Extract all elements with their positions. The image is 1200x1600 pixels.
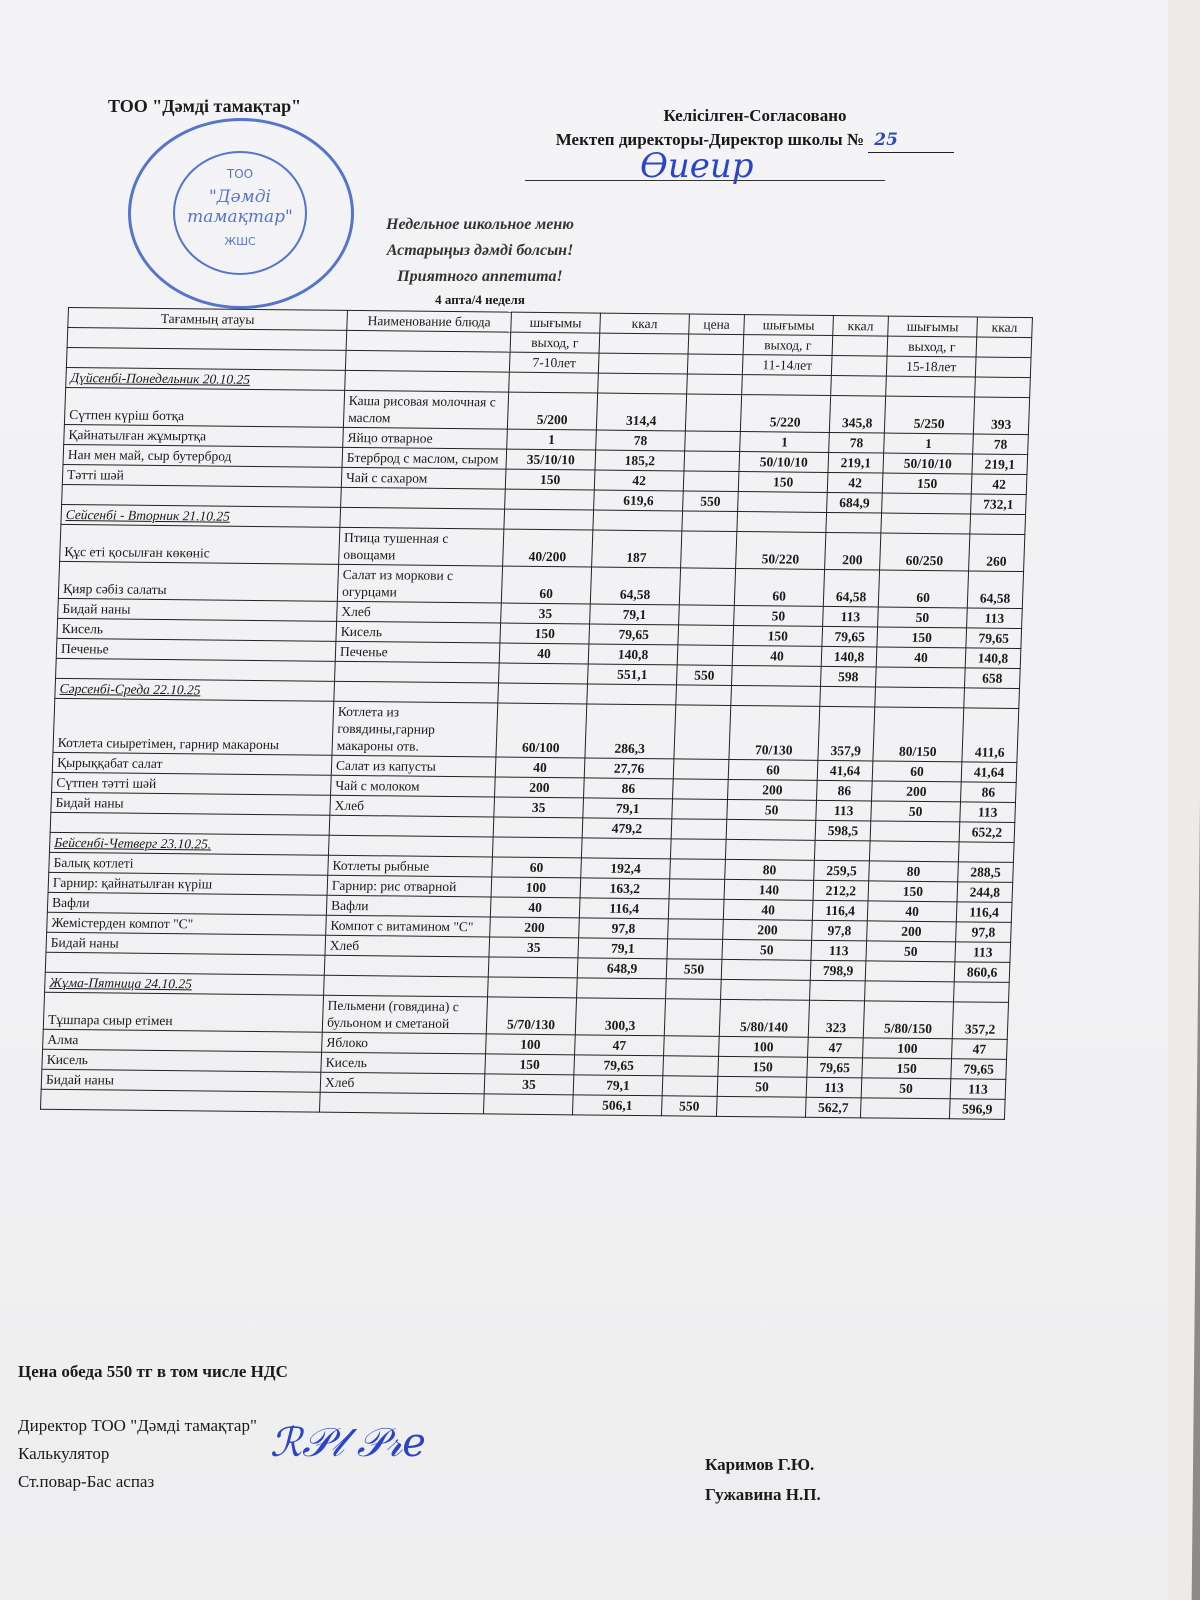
- kcal-7-10: 79,1: [578, 938, 668, 959]
- cell: [488, 957, 578, 978]
- kcal-15-18: 219,1: [972, 454, 1028, 475]
- cell: [831, 356, 887, 377]
- yield-15-18: 5/250: [884, 396, 974, 434]
- kcal-7-10: 286,3: [585, 704, 676, 759]
- cell: [975, 377, 1031, 398]
- menu-title: Недельное школьное меню: [330, 212, 630, 238]
- menu-document: ТОО "Дәмді тамақтар" ТОО "Дәмдітамақтар"…: [0, 0, 1168, 1600]
- kcal-7-10: 300,3: [575, 998, 665, 1036]
- kcal-15-18: 113: [955, 942, 1011, 963]
- yield-15-18: 50: [878, 607, 968, 628]
- yield-7-10: 200: [490, 917, 580, 938]
- total-price: 550: [666, 959, 722, 980]
- kcal-7-10: 79,1: [573, 1075, 663, 1096]
- kcal-7-10: 79,1: [583, 798, 673, 819]
- price-cell: [664, 999, 720, 1037]
- yield-11-14: 70/130: [729, 705, 820, 760]
- cell: [598, 373, 688, 394]
- price-cell: [668, 919, 724, 940]
- menu-titles: Недельное школьное меню Астарыңыз дәмді …: [330, 212, 630, 290]
- cell: [340, 507, 505, 529]
- kcal-15-18: 244,8: [957, 882, 1013, 903]
- yield-unit: выход, г: [887, 336, 977, 357]
- yield-15-18: 150: [868, 881, 958, 902]
- total-kcal-15-18: 860,6: [954, 962, 1010, 983]
- yield-11-14: 50: [717, 1076, 807, 1097]
- price-cell: [684, 451, 740, 472]
- price-cell: [668, 899, 724, 920]
- yield-7-10: 40/200: [503, 529, 593, 567]
- role-calculator: Калькулятор: [18, 1440, 257, 1468]
- yield-11-14: 40: [732, 645, 822, 666]
- dish-name-ru: Кисель: [336, 621, 501, 643]
- price-header: цена: [689, 314, 745, 335]
- yield-7-10: 35: [489, 937, 579, 958]
- total-kcal-7-10: 506,1: [572, 1095, 662, 1116]
- cell: [725, 839, 815, 860]
- kcal-7-10: 27,76: [584, 758, 674, 779]
- greeting-ru: Приятного аппетита!: [330, 264, 630, 290]
- dish-name-ru: Салат из капусты: [331, 755, 496, 777]
- price-cell: [673, 779, 729, 800]
- yield-11-14: 5/220: [740, 395, 830, 433]
- yield-header: шығымы: [511, 312, 601, 333]
- total-kcal-15-18: 658: [964, 668, 1020, 689]
- cell: [865, 981, 955, 1002]
- yield-15-18: 150: [862, 1058, 952, 1079]
- kcal-11-14: 357,9: [818, 706, 875, 761]
- kcal-11-14: 113: [823, 606, 879, 627]
- kcal-11-14: 41,64: [817, 760, 873, 781]
- cell: [870, 821, 960, 842]
- kcal-15-18: 79,65: [966, 628, 1022, 649]
- yield-15-18: 5/80/150: [863, 1001, 953, 1039]
- total-kcal-7-10: 648,9: [577, 958, 667, 979]
- kcal-11-14: 116,4: [812, 900, 868, 921]
- kcal-15-18: 411,6: [962, 708, 1019, 763]
- kcal-15-18: 140,8: [965, 648, 1021, 669]
- total-kcal-11-14: 798,9: [810, 960, 866, 981]
- col-ru-header: Наименование блюда: [347, 310, 512, 332]
- kcal-11-14: 200: [825, 532, 881, 570]
- total-price: 550: [676, 665, 732, 686]
- cell: [335, 661, 500, 683]
- kcal-7-10: 187: [592, 530, 682, 568]
- dish-name-ru: Яблоко: [322, 1032, 487, 1054]
- cell: [319, 1092, 484, 1114]
- dish-name-ru: Хлеб: [320, 1072, 485, 1094]
- cell: [731, 665, 821, 686]
- yield-header: шығымы: [888, 316, 978, 337]
- kcal-15-18: 42: [971, 474, 1027, 495]
- kcal-11-14: 42: [827, 472, 883, 493]
- role-director: Директор ТОО "Дәмді тамақтар": [18, 1412, 257, 1440]
- price-cell: [681, 531, 737, 569]
- kcal-7-10: 79,65: [589, 624, 679, 645]
- cell: [328, 835, 493, 857]
- dish-name-ru: Хлеб: [325, 935, 490, 957]
- yield-11-14: 100: [719, 1036, 809, 1057]
- price-cell: [674, 705, 731, 760]
- kcal-15-18: 116,4: [956, 902, 1012, 923]
- cell: [341, 487, 506, 509]
- dish-name-kz: Қияр сәбіз салаты: [58, 561, 338, 601]
- kcal-15-18: 260: [969, 534, 1025, 572]
- total-price: 550: [661, 1096, 717, 1117]
- yield-7-10: 35/10/10: [506, 449, 596, 470]
- price-cell: [685, 431, 741, 452]
- cell: [593, 510, 683, 531]
- cell: [346, 330, 511, 352]
- price-cell: [678, 625, 734, 646]
- kcal-11-14: 97,8: [812, 920, 868, 941]
- kcal-15-18: 113: [967, 608, 1023, 629]
- dish-name-kz: Сүтпен күріш ботқа: [64, 387, 344, 427]
- cell: [345, 370, 510, 392]
- yield-11-14: 60: [728, 759, 818, 780]
- total-kcal-15-18: 596,9: [949, 1099, 1005, 1120]
- dish-name-kz: Құс еті қосылған көкөніс: [60, 524, 340, 564]
- school-number: 25: [868, 128, 954, 153]
- cell: [329, 815, 494, 837]
- cell: [964, 688, 1020, 709]
- age-group: 7-10лет: [509, 352, 599, 373]
- dish-name-ru: Компот с витамином "С": [326, 915, 491, 937]
- cell: [958, 842, 1014, 863]
- cell: [737, 512, 827, 533]
- yield-15-18: 50: [861, 1078, 951, 1099]
- cell: [324, 975, 489, 997]
- kcal-15-18: 86: [961, 782, 1017, 803]
- dish-name-ru: Яйцо отварное: [343, 427, 508, 449]
- dish-row: Котлета сиыретімен, гарнир макароныКотле…: [53, 698, 1019, 762]
- kcal-15-18: 113: [950, 1079, 1006, 1100]
- dish-name-ru: Салат из моркови с огурцами: [337, 564, 502, 603]
- dish-name-ru: Хлеб: [330, 795, 495, 817]
- cell: [483, 1094, 573, 1115]
- kcal-15-18: 78: [973, 434, 1029, 455]
- yield-7-10: 150: [485, 1054, 575, 1075]
- role-chef: Ст.повар-Бас аспаз: [18, 1468, 257, 1496]
- cell: [721, 979, 811, 1000]
- total-kcal-15-18: 732,1: [971, 494, 1027, 515]
- cell: [975, 357, 1031, 378]
- dish-name-kz: Тұшпара сиыр етімен: [43, 992, 323, 1032]
- greeting-kz: Астарыңыз дәмді болсын!: [330, 238, 630, 264]
- total-kcal-11-14: 598,5: [815, 820, 871, 841]
- cell: [738, 492, 828, 513]
- yield-7-10: 35: [484, 1074, 574, 1095]
- price-cell: [677, 645, 733, 666]
- yield-7-10: 200: [495, 777, 585, 798]
- cell: [687, 354, 743, 375]
- kcal-15-18: 393: [973, 397, 1029, 435]
- kcal-7-10: 47: [575, 1035, 665, 1056]
- yield-7-10: 60/100: [496, 703, 587, 758]
- cell: [687, 374, 743, 395]
- dish-name-ru: Хлеб: [337, 601, 502, 623]
- kcal-7-10: 192,4: [581, 858, 671, 879]
- cell: [40, 1089, 320, 1112]
- price-cell: [667, 939, 723, 960]
- cell: [509, 372, 599, 393]
- cell: [498, 683, 588, 704]
- cell: [581, 838, 671, 859]
- dish-name-ru: Птица тушенная с овощами: [339, 527, 504, 566]
- cell: [875, 687, 965, 708]
- yield-11-14: 80: [725, 859, 815, 880]
- price-cell: [662, 1076, 718, 1097]
- cell: [492, 837, 582, 858]
- kcal-7-10: 79,1: [590, 604, 680, 625]
- dish-name-kz: Котлета сиыретімен, гарнир макароны: [53, 698, 334, 755]
- yield-11-14: 200: [723, 919, 813, 940]
- kcal-7-10: 163,2: [580, 878, 670, 899]
- kcal-15-18: 79,65: [951, 1059, 1007, 1080]
- cell: [505, 489, 595, 510]
- yield-11-14: 200: [728, 779, 818, 800]
- cell: [493, 817, 583, 838]
- total-kcal-7-10: 551,1: [588, 664, 678, 685]
- yield-15-18: 60/250: [880, 533, 970, 571]
- cell: [345, 350, 510, 372]
- cell: [577, 978, 667, 999]
- dish-name-ru: Котлета из говядины,гарнир макароны отв.: [332, 701, 498, 757]
- cell: [881, 513, 971, 534]
- cell: [504, 509, 594, 530]
- cell: [742, 375, 832, 396]
- kcal-11-14: 345,8: [829, 395, 885, 433]
- cell: [488, 977, 578, 998]
- dish-name-ru: Котлеты рыбные: [328, 855, 493, 877]
- cell: [682, 511, 738, 532]
- cell: [670, 839, 726, 860]
- price-cell: [664, 1036, 720, 1057]
- yield-15-18: 150: [882, 473, 972, 494]
- yield-7-10: 5/70/130: [486, 997, 576, 1035]
- kcal-7-10: 140,8: [588, 644, 678, 665]
- yield-11-14: 50: [727, 799, 817, 820]
- dish-name-ru: Вафли: [326, 895, 491, 917]
- cell: [324, 955, 489, 977]
- kcal-7-10: 86: [584, 778, 674, 799]
- kcal-11-14: 47: [808, 1037, 864, 1058]
- total-kcal-11-14: 684,9: [827, 492, 883, 513]
- price-note: Цена обеда 550 тг в том числе НДС: [18, 1362, 288, 1382]
- dish-name-ru: Чай с сахаром: [341, 467, 506, 489]
- cell: [882, 493, 972, 514]
- yield-unit: выход, г: [743, 335, 833, 356]
- cell: [598, 353, 688, 374]
- yield-15-18: 80/150: [873, 707, 964, 762]
- kcal-7-10: 116,4: [579, 898, 669, 919]
- price-cell: [669, 879, 725, 900]
- yield-7-10: 1: [507, 429, 597, 450]
- total-kcal-7-10: 619,6: [594, 490, 684, 511]
- yield-7-10: 100: [486, 1034, 576, 1055]
- kcal-7-10: 42: [594, 470, 684, 491]
- dish-name-ru: Пельмени (говядина) с бульоном и сметано…: [322, 995, 487, 1034]
- yield-15-18: 60: [872, 761, 962, 782]
- yield-15-18: 60: [878, 570, 968, 608]
- yield-11-14: 5/80/140: [719, 999, 809, 1037]
- cell: [886, 376, 976, 397]
- kcal-11-14: 64,58: [823, 569, 879, 607]
- yield-15-18: 80: [869, 861, 959, 882]
- total-kcal-11-14: 598: [820, 666, 876, 687]
- name-guzhavina: Гужавина Н.П.: [705, 1480, 821, 1510]
- cell: [954, 982, 1010, 1003]
- kcal-header: ккал: [600, 313, 690, 334]
- yield-11-14: 40: [723, 899, 813, 920]
- cell: [865, 961, 955, 982]
- kcal-11-14: 78: [829, 432, 885, 453]
- kcal-15-18: 113: [960, 802, 1016, 823]
- cell: [970, 514, 1026, 535]
- cell: [831, 375, 887, 396]
- price-cell: [683, 471, 739, 492]
- yield-15-18: 50/10/10: [883, 453, 973, 474]
- yield-11-14: 1: [740, 432, 830, 453]
- dish-name-ru: Каша рисовая молочная с маслом: [343, 390, 508, 429]
- yield-15-18: 50: [871, 801, 961, 822]
- yield-15-18: 100: [863, 1038, 953, 1059]
- yield-11-14: 50/10/10: [739, 452, 829, 473]
- price-cell: [673, 759, 729, 780]
- approval-block: Келісілген-Согласовано Мектеп директоры-…: [500, 104, 1010, 153]
- cell: [721, 959, 811, 980]
- cell: [820, 686, 876, 707]
- cell: [688, 334, 744, 355]
- name-karimov: Каримов Г.Ю.: [705, 1450, 821, 1480]
- signatures-scribble: ℛ𝒫𝓁 𝒫𝓇𝑒: [270, 1420, 426, 1466]
- yield-15-18: 1: [884, 433, 974, 454]
- total-kcal-15-18: 652,2: [959, 822, 1015, 843]
- kcal-11-14: 113: [806, 1077, 862, 1098]
- yield-7-10: 35: [501, 603, 591, 624]
- price-cell: [685, 394, 741, 432]
- cell: [716, 1096, 806, 1117]
- cell: [726, 819, 816, 840]
- yield-11-14: 50: [722, 939, 812, 960]
- dish-name-ru: Бтерброд с маслом, сыром: [342, 447, 507, 469]
- yield-11-14: 50/220: [736, 532, 826, 570]
- yield-15-18: 40: [867, 901, 957, 922]
- yield-unit: выход, г: [510, 332, 600, 353]
- price-cell: [679, 568, 735, 606]
- cell: [676, 685, 732, 706]
- cell: [860, 1098, 950, 1119]
- cell: [869, 841, 959, 862]
- cell: [587, 684, 677, 705]
- yield-7-10: 150: [500, 623, 590, 644]
- cell: [875, 667, 965, 688]
- cell: [976, 337, 1032, 358]
- cell: [810, 980, 866, 1001]
- yield-7-10: 5/200: [507, 392, 597, 430]
- kcal-15-18: 41,64: [961, 762, 1017, 783]
- yield-7-10: 40: [499, 643, 589, 664]
- dish-name-ru: Кисель: [321, 1052, 486, 1074]
- price-cell: [670, 859, 726, 880]
- kcal-11-14: 323: [808, 1000, 864, 1038]
- cell: [666, 979, 722, 1000]
- kcal-7-10: 97,8: [579, 918, 669, 939]
- yield-7-10: 60: [501, 566, 591, 604]
- kcal-15-18: 97,8: [956, 922, 1012, 943]
- kcal-11-14: 79,65: [822, 626, 878, 647]
- kcal-11-14: 113: [816, 800, 872, 821]
- kcal-11-14: 212,2: [813, 880, 869, 901]
- yield-15-18: 50: [866, 941, 956, 962]
- signatory-roles: Директор ТОО "Дәмді тамақтар" Калькулято…: [18, 1412, 257, 1496]
- yield-15-18: 200: [872, 781, 962, 802]
- total-price: [671, 819, 727, 840]
- price-cell: [679, 605, 735, 626]
- total-price: 550: [683, 491, 739, 512]
- dish-name-ru: Печенье: [335, 641, 500, 663]
- signatory-names: Каримов Г.Ю. Гужавина Н.П.: [705, 1450, 821, 1510]
- yield-7-10: 100: [491, 877, 581, 898]
- dish-name-ru: Чай с молоком: [331, 775, 496, 797]
- age-group: 11-14лет: [742, 355, 832, 376]
- kcal-7-10: 79,65: [574, 1055, 664, 1076]
- company-stamp: ТОО "Дәмдітамақтар" ЖШС: [128, 118, 354, 309]
- yield-11-14: 150: [733, 625, 823, 646]
- cell: [599, 333, 689, 354]
- cell: [826, 512, 882, 533]
- price-cell: [663, 1056, 719, 1077]
- cell: [499, 663, 589, 684]
- kcal-11-14: 79,65: [807, 1057, 863, 1078]
- yield-7-10: 150: [505, 469, 595, 490]
- approval-title: Келісілген-Согласовано: [500, 104, 1010, 128]
- age-group: 15-18лет: [886, 356, 976, 377]
- menu-table: Тағамның атауыНаименование блюдашығымыкк…: [40, 307, 1033, 1120]
- kcal-header: ккал: [833, 316, 889, 337]
- cell: [814, 840, 870, 861]
- kcal-11-14: 140,8: [821, 646, 877, 667]
- kcal-7-10: 78: [596, 430, 686, 451]
- yield-11-14: 150: [718, 1056, 808, 1077]
- yield-7-10: 60: [492, 857, 582, 878]
- kcal-7-10: 314,4: [596, 393, 686, 431]
- week-label: 4 апта/4 неделя: [330, 292, 630, 308]
- kcal-7-10: 185,2: [595, 450, 685, 471]
- cell: [334, 681, 499, 703]
- cell: [832, 336, 888, 357]
- yield-15-18: 40: [876, 647, 966, 668]
- kcal-11-14: 113: [811, 940, 867, 961]
- kcal-11-14: 86: [817, 780, 873, 801]
- yield-15-18: 150: [877, 627, 967, 648]
- yield-7-10: 40: [495, 757, 585, 778]
- kcal-11-14: 219,1: [828, 452, 884, 473]
- director-signature: Ѳиеир: [640, 146, 754, 186]
- yield-7-10: 40: [490, 897, 580, 918]
- company-name: ТОО "Дәмді тамақтар": [108, 96, 301, 117]
- kcal-15-18: 288,5: [958, 862, 1014, 883]
- yield-15-18: 200: [867, 921, 957, 942]
- kcal-header: ккал: [977, 317, 1033, 338]
- kcal-15-18: 64,58: [967, 571, 1023, 609]
- kcal-7-10: 64,58: [590, 567, 680, 605]
- cell: [731, 685, 821, 706]
- yield-11-14: 140: [724, 879, 814, 900]
- yield-7-10: 35: [494, 797, 584, 818]
- kcal-11-14: 259,5: [814, 860, 870, 881]
- yield-header: шығымы: [744, 315, 834, 336]
